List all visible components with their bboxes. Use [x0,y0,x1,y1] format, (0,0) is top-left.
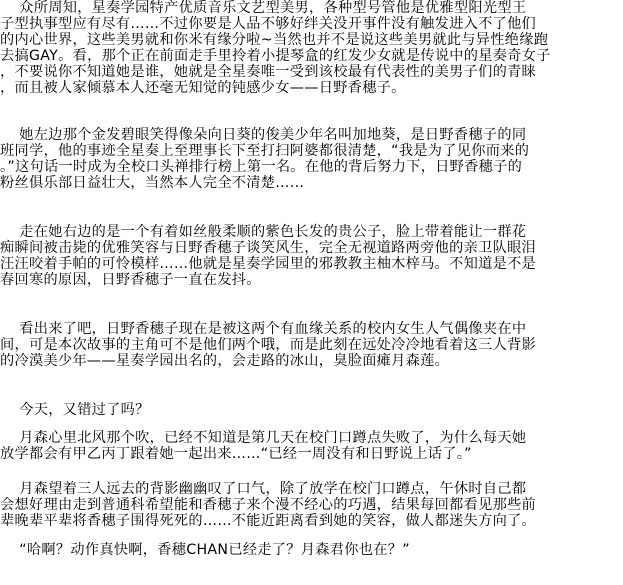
paragraph-sigh: 月森望着三人远去的背影幽幽叹了口气，除了放学在校门口蹲点，午休时自己都 会想好理… [0,481,623,529]
paragraph-kaji: 她左边那个金发碧眼笑得像朵向日葵的俊美少年名叫加地葵，是日野香穗子的同 班同学，… [0,127,623,191]
text-line: 粉丝俱乐部日益壮大，当然本人完全不清楚…… [0,175,623,191]
text-line: 今天，又错过了吗？ [0,402,623,418]
text-line: “哈啊？动作真快啊，香穗CHAN已经走了？月森君你也在？” [0,542,623,558]
text-line: 众所周知，星奏学园特产优质音乐文艺型美男，各种型号管他是优雅型阳光型王 [0,0,623,16]
text-line: 月森心里北风那个吹，已经不知道是第几天在校门口蹲点失败了，为什么每天她 [0,430,623,446]
text-line: 她左边那个金发碧眼笑得像朵向日葵的俊美少年名叫加地葵，是日野香穗子的同 [0,127,623,143]
text-line: 的内心世界，这些美男就和你米有缘分啦~当然也并不是说这些美男就此与异性绝缘跑 [0,32,623,48]
paragraph-north-wind: 月森心里北风那个吹，已经不知道是第几天在校门口蹲点失败了，为什么每天她 放学都会… [0,430,623,462]
text-line: 会想好理由走到普通科希望能和香穗子来个漫不经心的巧遇，结果每回都看见那些前 [0,497,623,513]
text-line: 放学都会有甲乙丙丁跟着她一起出来……“已经一周没有和日野说上话了。” [0,446,623,462]
paragraph-dialogue: “哈啊？动作真快啊，香穗CHAN已经走了？月森君你也在？” [0,542,623,558]
paragraph-yunoki: 走在她右边的是一个有着如丝般柔顺的紫色长发的贵公子，脸上带着能让一群花 痴瞬间被… [0,224,623,288]
text-line: 汪汪咬着手帕的可怜模样……他就是星奏学园里的邪教教主柚木梓马。不知道是不是 [0,256,623,272]
text-line: 班同学，他的事迹全星奏上至理事长下至打扫阿婆都很清楚，“我是为了见你而来的 [0,143,623,159]
text-line: 走在她右边的是一个有着如丝般柔顺的紫色长发的贵公子，脸上带着能让一群花 [0,224,623,240]
text-line: ，而且被人家倾慕本人还毫无知觉的钝感少女——日野香穗子。 [0,80,623,96]
text-line: 月森望着三人远去的背影幽幽叹了口气，除了放学在校门口蹲点，午休时自己都 [0,481,623,497]
text-line: 间，可是本次故事的主角可不是他们两个哦，而是此刻在远处冷冷地看着这三人背影 [0,337,623,353]
text-line: 辈晚辈平辈将香穗子围得死死的……不能近距离看到她的笑容，做人都迷失方向了。 [0,513,623,529]
paragraph-missed-again: 今天，又错过了吗？ [0,402,623,418]
text-line: 。”这句话一时成为全校口头禅排行榜上第一名。在他的背后努力下，日野香穗子的 [0,159,623,175]
paragraph-tsukimori-intro: 看出来了吧，日野香穗子现在是被这两个有血缘关系的校内女生人气偶像夹在中 间，可是… [0,321,623,369]
text-line: 痴瞬间被击毙的优雅笑容与日野香穗子谈笑风生，完全无视道路两旁他的亲卫队眼泪 [0,240,623,256]
text-line: ，不要说你不知道她是谁，她就是全星奏唯一受到该校最有代表性的美男子们的青睐 [0,64,623,80]
text-line: 看出来了吧，日野香穗子现在是被这两个有血缘关系的校内女生人气偶像夹在中 [0,321,623,337]
text-line: 春回寒的原因，日野香穗子一直在发抖。 [0,272,623,288]
text-line: 去搞GAY。看，那个正在前面走手里拎着小提琴盒的红发少女就是传说中的星奏奇女子 [0,48,623,64]
text-line: 的冷漠美少年——星奏学园出名的，会走路的冰山，臭脸面瘫月森莲。 [0,353,623,369]
text-line: 子型执事型应有尽有……不过你要是人品不够好绊关没开事件没有触发进入不了他们 [0,16,623,32]
paragraph-intro: 众所周知，星奏学园特产优质音乐文艺型美男，各种型号管他是优雅型阳光型王 子型执事… [0,0,623,96]
